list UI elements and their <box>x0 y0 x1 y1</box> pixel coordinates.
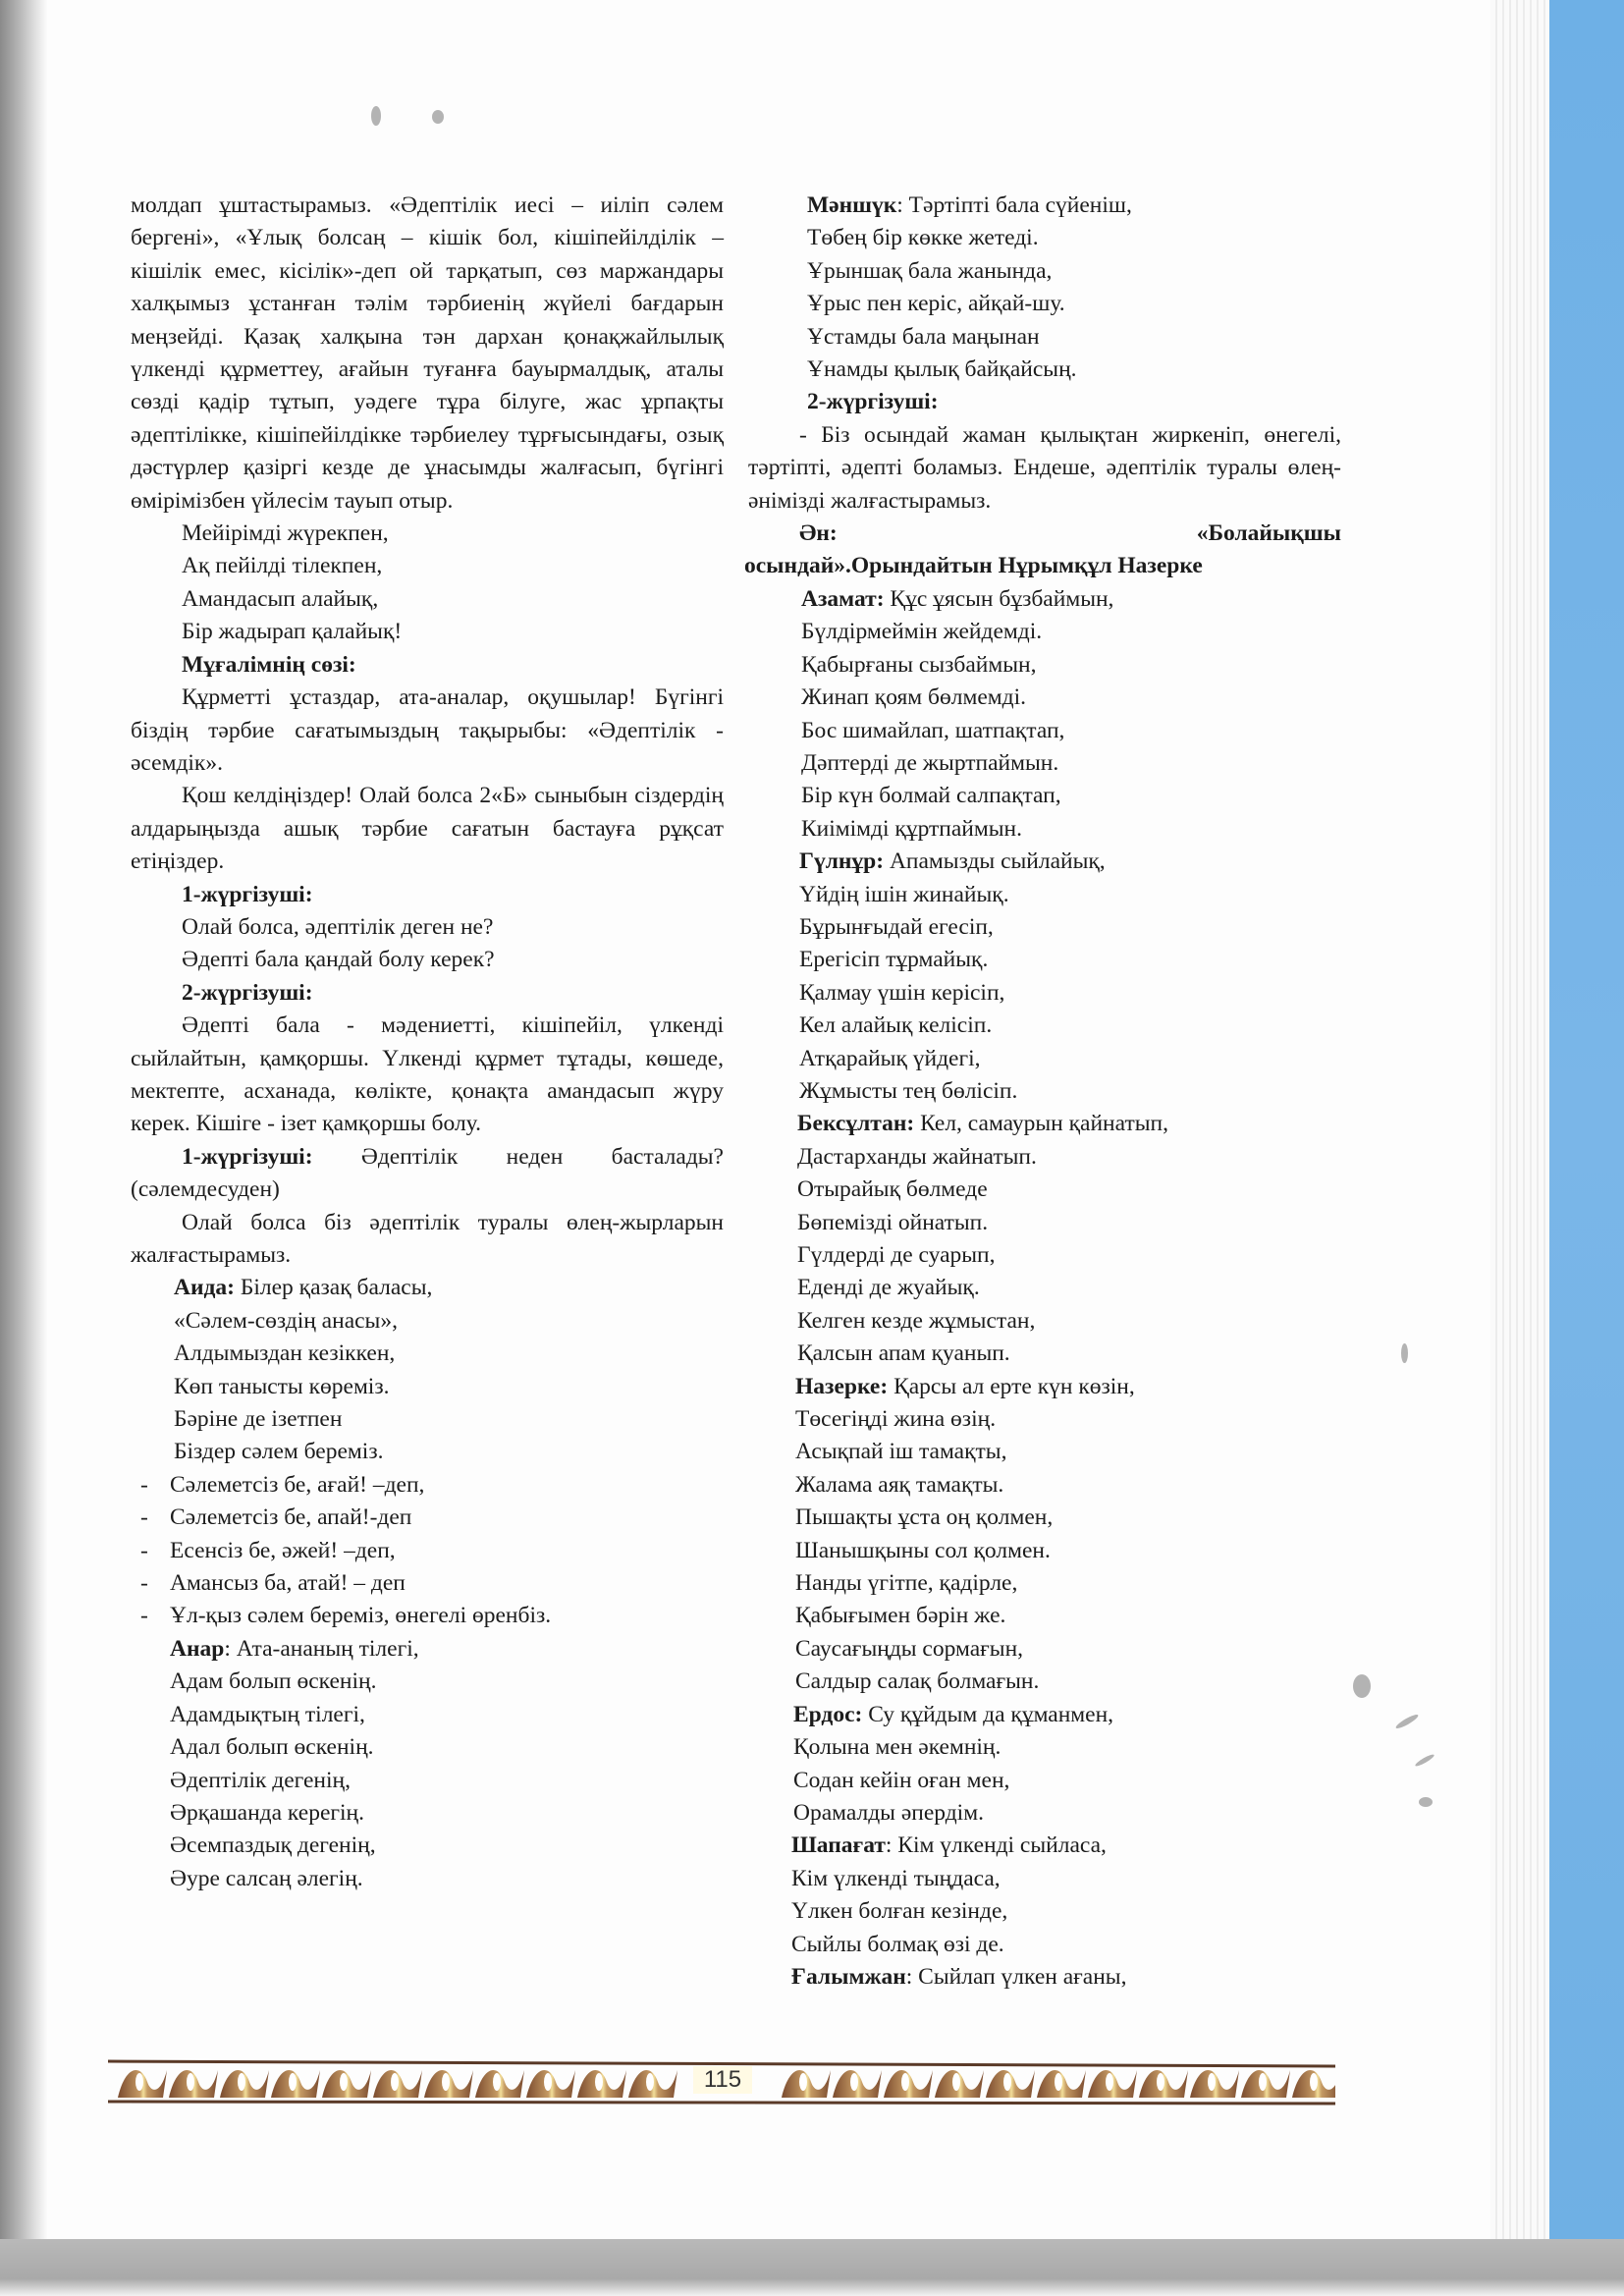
verse-line: Адам болып өскенің. <box>131 1666 724 1698</box>
verse-line: Үйдің ішін жинайық. <box>748 879 1341 911</box>
dash-line: -Ұл-қыз сәлем береміз, өнегелі өренбіз. <box>131 1600 724 1632</box>
verse-line: Отырайық бөлмеде <box>748 1174 1341 1206</box>
verse-line: Әдептілік дегенің, <box>131 1765 724 1797</box>
speaker-name: Мәншүк <box>807 192 896 218</box>
scan-bottom-shadow <box>0 2239 1624 2296</box>
host1-heading: 1-жүргізуші: <box>131 879 724 911</box>
dash-line: -Есенсіз бе, әжей! –деп, <box>131 1535 724 1567</box>
verse-line: Қабығымен бәрін же. <box>748 1600 1341 1632</box>
song-heading: Ән: «Болайықшы <box>748 518 1341 550</box>
verse-line: Әрқашанда керегің. <box>131 1797 724 1830</box>
shapagat-verse: Шапағат: Кім үлкенді сыйласа, Кім үлкенд… <box>748 1830 1341 1961</box>
anar-verse: Анар: Ата-ананың тілегі, Адам болып өске… <box>131 1633 724 1895</box>
verse-line: Сыйлы болмақ өзі де. <box>748 1929 1341 1961</box>
host2-heading: 2-жүргізуші: <box>131 977 724 1010</box>
scan-smudge <box>432 110 444 124</box>
intro-paragraph: молдап ұштастырамыз. «Әдептілік иесі – и… <box>131 190 724 518</box>
verse-line: Орамалды әпердім. <box>748 1797 1341 1830</box>
verse-line: Атқарайық үйдегі, <box>748 1043 1341 1075</box>
verse-line: Нанды үгітпе, қадірле, <box>748 1567 1341 1600</box>
verse-line: Кім үлкенді тыңдаса, <box>748 1863 1341 1895</box>
speaker-name: Аида: <box>174 1275 235 1300</box>
scan-smudge <box>1394 1713 1420 1730</box>
erdos-verse: Ердос: Су құйдым да құманмен, Қолына мен… <box>748 1699 1341 1831</box>
speaker-name: Анар <box>170 1636 224 1662</box>
host2-heading: 2-жүргізуші: <box>748 386 1341 418</box>
right-column: Мәншүк: Тәртіпті бала сүйеніш, Төбең бір… <box>748 190 1341 1994</box>
beksultan-verse: Бексұлтан: Кел, самаурын қайнатып, Даста… <box>748 1108 1341 1370</box>
verse-line: Қолына мен әкемнің. <box>748 1731 1341 1764</box>
verse-line: Бұрынғыдай егесіп, <box>748 911 1341 944</box>
verse-line: Еденді де жуайық. <box>748 1272 1341 1304</box>
book-page-edges <box>1490 0 1549 2241</box>
verse-line: Саусағыңды сормағын, <box>748 1633 1341 1666</box>
verse-line: Үлкен болған кезінде, <box>748 1895 1341 1928</box>
verse-line: Ердос: Су құйдым да құманмен, <box>748 1699 1341 1731</box>
speaker-name: Бексұлтан: <box>797 1111 914 1136</box>
verse-line: Көп танысты көреміз. <box>131 1371 724 1403</box>
left-column: молдап ұштастырамыз. «Әдептілік иесі – и… <box>131 190 724 1895</box>
scan-smudge <box>1414 1753 1435 1768</box>
verse-line: Жалама аяқ тамақты. <box>748 1469 1341 1502</box>
verse-line: Дәптерді де жыртпаймын. <box>748 747 1341 780</box>
scan-smudge <box>1401 1343 1408 1363</box>
verse-line: Гүлдерді де суарып, <box>748 1239 1341 1272</box>
dash-line: -Сәлеметсіз бе, ағай! –деп, <box>131 1469 724 1502</box>
verse-line: Киімімді құртпаймын. <box>748 813 1341 846</box>
verse-line: Асықпай іш тамақты, <box>748 1436 1341 1468</box>
verse-line: Қалсын апам қуанып. <box>748 1338 1341 1370</box>
verse-line: Бос шимайлап, шатпақтап, <box>748 715 1341 747</box>
verse-line: Мәншүк: Тәртіпті бала сүйеніш, <box>748 190 1341 222</box>
nazerke-verse: Назерке: Қарсы ал ерте күн көзін, Төсегі… <box>748 1371 1341 1699</box>
speaker-name: Шапағат <box>791 1832 886 1858</box>
verse-line: Ұнамды қылық байқайсың. <box>748 354 1341 386</box>
speaker-name: Назерке: <box>795 1374 888 1399</box>
verse-line: Ұстамды бала маңынан <box>748 321 1341 354</box>
verse-line: Гүлнұр: Апамызды сыйлайық, <box>748 846 1341 878</box>
scan-smudge <box>371 106 381 126</box>
gulnur-verse: Гүлнұр: Апамызды сыйлайық, Үйдің ішін жи… <box>748 846 1341 1108</box>
book-cover-edge <box>1549 0 1624 2241</box>
teacher-heading: Мұғалімнің сөзі: <box>131 649 724 682</box>
verse-line: Мейірімді жүрекпен, <box>131 518 724 550</box>
verse-line: Келген кезде жұмыстан, <box>748 1305 1341 1338</box>
verse-line: Назерке: Қарсы ал ерте күн көзін, <box>748 1371 1341 1403</box>
verse-line: Ұрыншақ бала жанында, <box>748 255 1341 288</box>
continue-paragraph: Олай болса біз әдептілік туралы өлең-жыр… <box>131 1207 724 1273</box>
manshuk-verse: Мәншүк: Тәртіпті бала сүйеніш, Төбең бір… <box>748 190 1341 386</box>
verse-line: Содан кейін оған мен, <box>748 1765 1341 1797</box>
verse-line: Жинап қоям бөлмемді. <box>748 682 1341 714</box>
host2-paragraph: - Біз осындай жаман қылықтан жиркеніп, ө… <box>748 419 1341 518</box>
verse-line: Төбең бір көкке жетеді. <box>748 222 1341 254</box>
host1-question: 1-жүргізуші: Әдептілік неден басталады? … <box>131 1141 724 1207</box>
song-label: Ән: <box>799 518 838 550</box>
speaker-name: Азамат: <box>801 586 885 612</box>
verse-line: Төсегіңді жина өзің. <box>748 1403 1341 1436</box>
verse-line: Азамат: Құс ұясын бұзбаймын, <box>748 583 1341 616</box>
host2-paragraph: Әдепті бала - мәдениетті, кішіпейіл, үлк… <box>131 1010 724 1141</box>
speaker-label: 1-жүргізуші: <box>182 1144 313 1170</box>
verse-line: Әуре салсаң әлегің. <box>131 1863 724 1895</box>
verse-line: Шапағат: Кім үлкенді сыйласа, <box>748 1830 1341 1862</box>
dash-line: -Сәлеметсіз бе, апай!-деп <box>131 1502 724 1534</box>
greeting-verse: Мейірімді жүрекпен, Ақ пейілді тілекпен,… <box>131 518 724 649</box>
verse-line: Әсемпаздық дегенің, <box>131 1830 724 1862</box>
verse-line: Дастарханды жайнатып. <box>748 1141 1341 1174</box>
dash-line: -Амансыз ба, атай! – деп <box>131 1567 724 1600</box>
verse-line: Пышақты ұста оң қолмен, <box>748 1502 1341 1534</box>
verse-line: Қалмау үшін керісіп, <box>748 977 1341 1010</box>
teacher-speech: Құрметті ұстаздар, ата-аналар, оқушылар!… <box>131 682 724 780</box>
galymzhan-verse-line: Ғалымжан: Сыйлап үлкен ағаны, <box>748 1961 1341 1994</box>
verse-line: Бір жадырап қалайық! <box>131 616 724 648</box>
teacher-speech: Қош келдіңіздер! Олай болса 2«Б» сыныбын… <box>131 780 724 878</box>
verse-line: Ұрыс пен керіс, айқай-шу. <box>748 288 1341 320</box>
aida-verse: Аида: Білер қазақ баласы, «Сәлем-сөздің … <box>131 1272 724 1632</box>
verse-line: Алдымыздан кезіккен, <box>131 1338 724 1370</box>
verse-line: Қабырғаны сызбаймын, <box>748 649 1341 682</box>
verse-line: Амандасып алайық, <box>131 583 724 616</box>
host1-line: Әдепті бала қандай болу керек? <box>131 944 724 976</box>
song-title-rest: осындай».Орындайтын Нұрымқұл Назерке <box>744 550 1341 582</box>
scan-left-shadow <box>0 0 47 2296</box>
song-title-start: «Болайықшы <box>1197 518 1341 550</box>
speaker-name: Ғалымжан <box>791 1964 906 1990</box>
verse-line: Ерегісіп тұрмайық. <box>748 944 1341 976</box>
verse-line: Аида: Білер қазақ баласы, <box>131 1272 724 1304</box>
speaker-name: Ердос: <box>793 1702 862 1727</box>
page-number: 115 <box>693 2066 752 2094</box>
verse-line: Бір күн болмай салпақтап, <box>748 780 1341 812</box>
verse-line: Ақ пейілді тілекпен, <box>131 550 724 582</box>
azamat-verse: Азамат: Құс ұясын бұзбаймын, Бүлдірмеймі… <box>748 583 1341 846</box>
speaker-name: Гүлнұр: <box>799 848 884 874</box>
verse-line: Адал болып өскенің. <box>131 1731 724 1764</box>
verse-line: Бексұлтан: Кел, самаурын қайнатып, <box>748 1108 1341 1140</box>
verse-line: Бүлдірмеймін жейдемді. <box>748 616 1341 648</box>
verse-line: Салдыр салақ болмағын. <box>748 1666 1341 1698</box>
host1-line: Олай болса, әдептілік деген не? <box>131 911 724 944</box>
verse-line: Бөпемізді ойнатып. <box>748 1207 1341 1239</box>
verse-line: Шанышқыны сол қолмен. <box>748 1535 1341 1567</box>
verse-line: Адамдықтың тілегі, <box>131 1699 724 1731</box>
verse-line: Анар: Ата-ананың тілегі, <box>131 1633 724 1666</box>
scan-smudge <box>1353 1674 1371 1698</box>
verse-line: Кел алайық келісіп. <box>748 1010 1341 1042</box>
verse-line: Біздер сәлем береміз. <box>131 1436 724 1468</box>
verse-line: Жұмысты тең бөлісіп. <box>748 1075 1341 1108</box>
scan-smudge <box>1419 1797 1433 1807</box>
verse-line: Бәріне де ізетпен <box>131 1403 724 1436</box>
verse-line: «Сәлем-сөздің анасы», <box>131 1305 724 1338</box>
